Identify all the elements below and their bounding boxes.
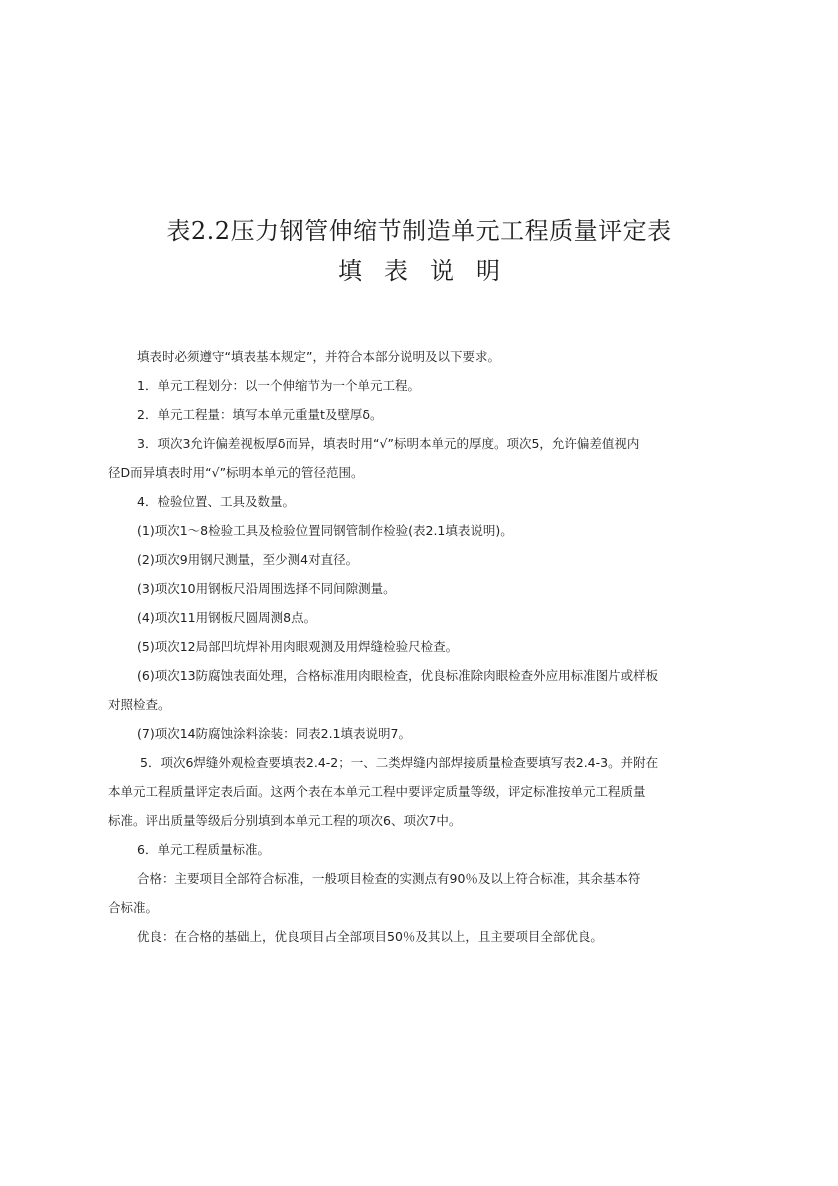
instruction-line: (2)项次9用钢尺测量，至少测4对直径。	[108, 545, 660, 574]
instruction-line: (5)项次12局部凹坑焊补用肉眼观测及用焊缝检验尺检查。	[108, 632, 660, 661]
instruction-line: 标准。评出质量等级后分别填到本单元工程的项次6、项次7中。	[108, 806, 660, 835]
instruction-line: 5．项次6焊缝外观检查要填表2.4-2；一、二类焊缝内部焊接质量检查要填写表2.…	[108, 748, 660, 777]
document-title: 表2.2压力钢管伸缩节制造单元工程质量评定表	[0, 214, 838, 248]
document-page: 表2.2压力钢管伸缩节制造单元工程质量评定表 填表说明 填表时必须遵守“填表基本…	[0, 0, 838, 1186]
instruction-line: (6)项次13防腐蚀表面处理，合格标准用肉眼检查，优良标准除肉眼检查外应用标准图…	[108, 661, 660, 690]
instruction-line: 1．单元工程划分：以一个伸缩节为一个单元工程。	[108, 371, 660, 400]
instruction-line: 合格：主要项目全部符合标准，一般项目检查的实测点有90％及以上符合标准，其余基本…	[108, 864, 660, 893]
instruction-line: 3．项次3允许偏差视板厚δ而异，填表时用“√”标明本单元的厚度。项次5，允许偏差…	[108, 429, 660, 458]
instruction-line: 6．单元工程质量标准。	[108, 835, 660, 864]
instruction-line: (3)项次10用钢板尺沿周围选择不同间隙测量。	[108, 574, 660, 603]
instruction-line: (7)项次14防腐蚀涂料涂装：同表2.1填表说明7。	[108, 719, 660, 748]
instruction-line: (1)项次1～8检验工具及检验位置同钢管制作检验(表2.1填表说明)。	[108, 516, 660, 545]
document-subtitle: 填表说明	[0, 254, 838, 288]
instruction-line: 填表时必须遵守“填表基本规定”，并符合本部分说明及以下要求。	[108, 342, 660, 371]
instruction-line: 合标准。	[108, 893, 660, 922]
instruction-line: 2．单元工程量：填写本单元重量t及壁厚δ。	[108, 400, 660, 429]
instruction-line: (4)项次11用钢板尺圆周测8点。	[108, 603, 660, 632]
instruction-line: 径D而异填表时用“√”标明本单元的管径范围。	[108, 458, 660, 487]
instruction-line: 对照检查。	[108, 690, 660, 719]
instructions-body: 填表时必须遵守“填表基本规定”，并符合本部分说明及以下要求。 1．单元工程划分：…	[108, 342, 660, 951]
instruction-line: 优良：在合格的基础上，优良项目占全部项目50％及其以上，且主要项目全部优良。	[108, 922, 660, 951]
instruction-line: 本单元工程质量评定表后面。这两个表在本单元工程中要评定质量等级，评定标准按单元工…	[108, 777, 660, 806]
instruction-line: 4．检验位置、工具及数量。	[108, 487, 660, 516]
